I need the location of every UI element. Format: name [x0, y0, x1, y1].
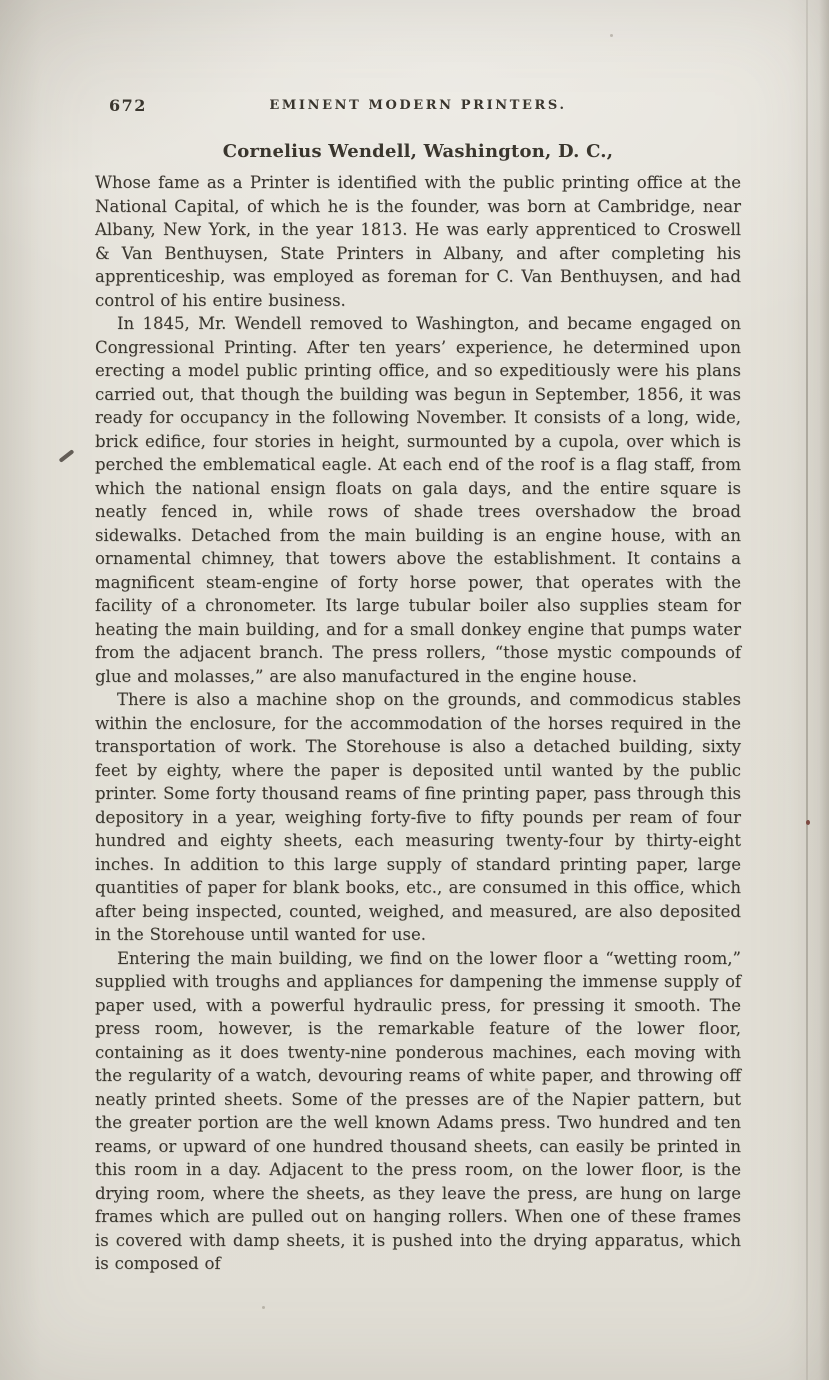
paragraph-3: There is also a machine shop on the grou…	[95, 688, 741, 947]
pencil-mark	[59, 449, 75, 463]
paper-speck	[262, 1306, 265, 1309]
page-header: 672 EMINENT MODERN PRINTERS.	[95, 94, 741, 118]
article-title: Cornelius Wendell, Washington, D. C.,	[95, 141, 741, 162]
scanned-book-page: 672 EMINENT MODERN PRINTERS. Cornelius W…	[0, 0, 829, 1380]
page-edge-shadow	[819, 0, 829, 1380]
article-body: Whose fame as a Printer is identified wi…	[95, 171, 741, 1276]
running-header: EMINENT MODERN PRINTERS.	[95, 98, 741, 113]
page-crease-line	[806, 0, 808, 1380]
paper-speck	[155, 982, 157, 984]
paper-speck	[525, 1088, 528, 1091]
paragraph-1: Whose fame as a Printer is identified wi…	[95, 171, 741, 312]
paragraph-4: Entering the main building, we find on t…	[95, 947, 741, 1276]
red-ink-speck	[806, 820, 810, 825]
paragraph-2: In 1845, Mr. Wendell removed to Washingt…	[95, 312, 741, 688]
paper-speck	[610, 34, 613, 37]
